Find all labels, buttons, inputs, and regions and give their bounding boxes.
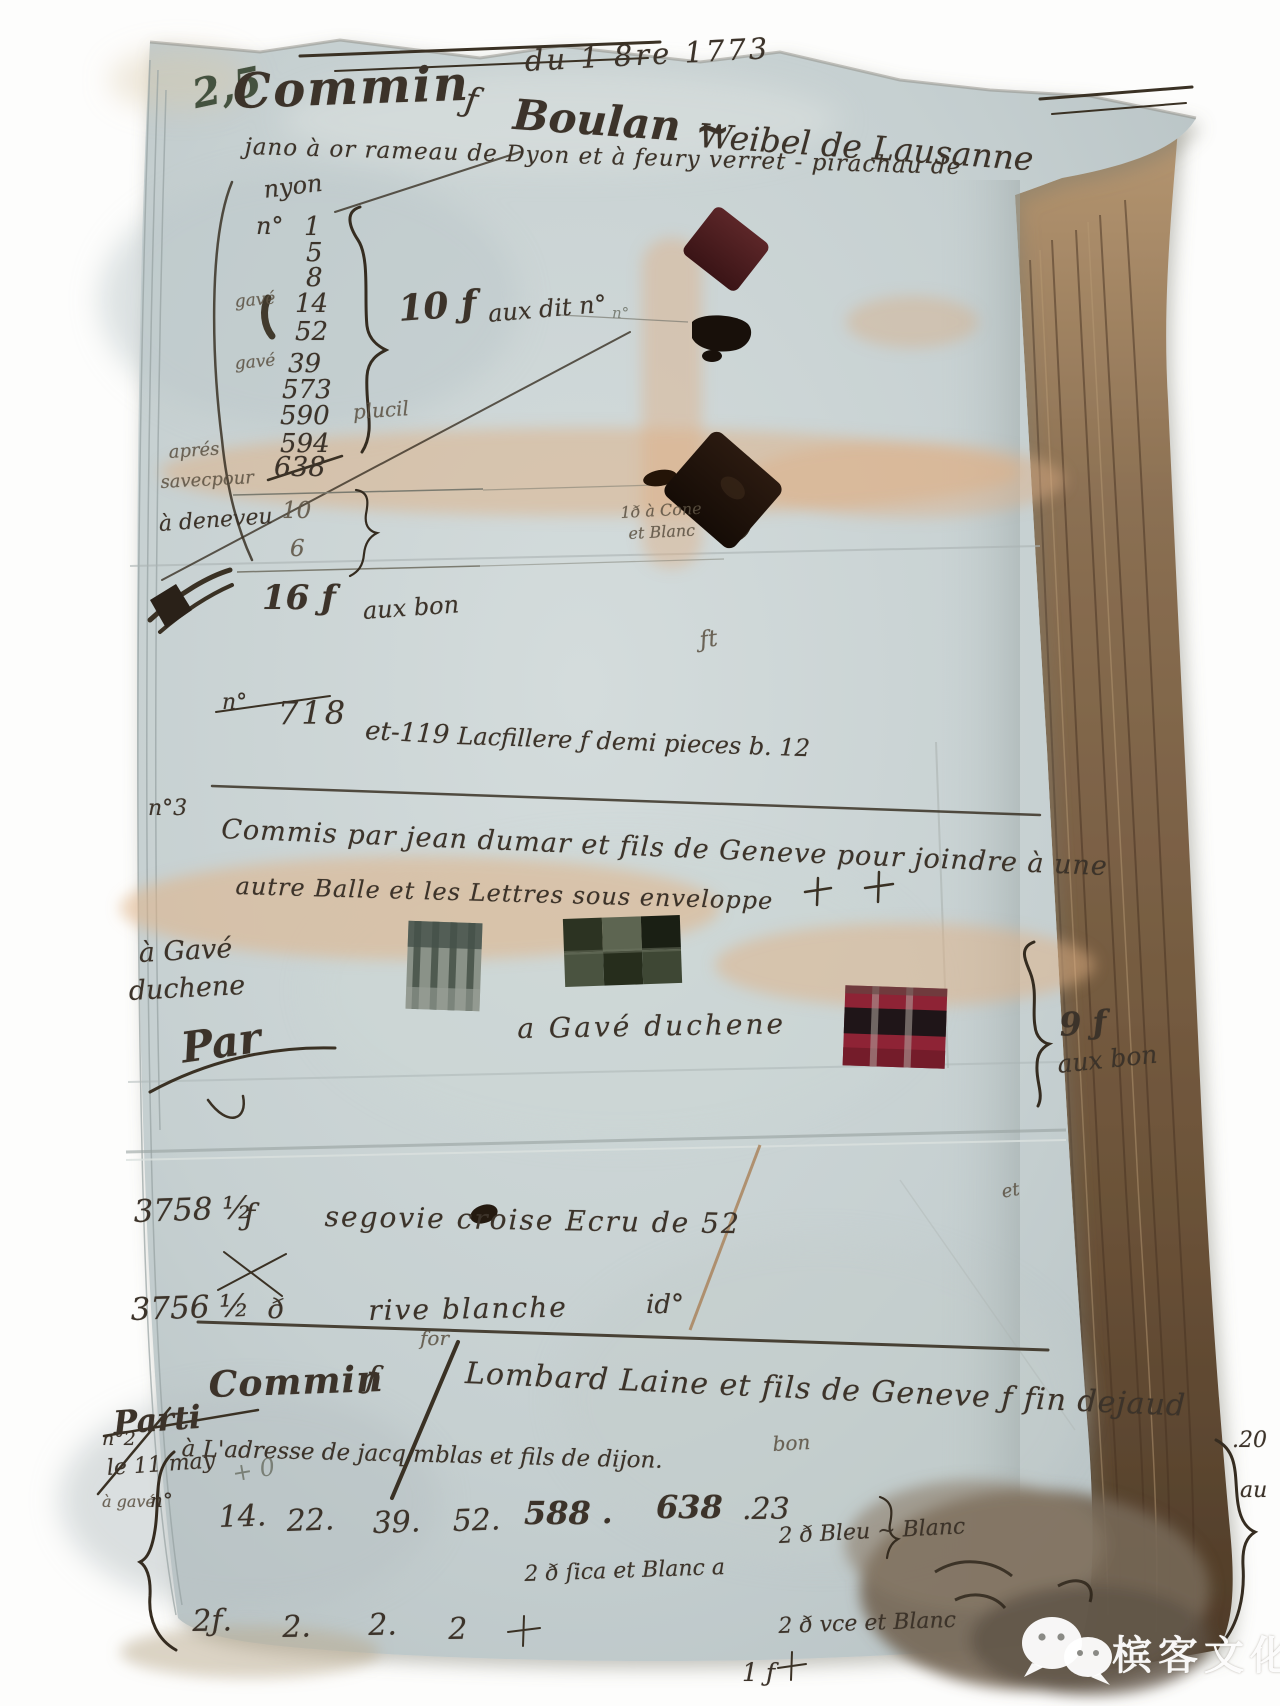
ref-number-718: 718 — [278, 694, 348, 732]
row2-desc: rive blanche — [368, 1291, 568, 1327]
lot-number: 52. — [452, 1502, 501, 1539]
entry4-no-label: n° — [150, 1488, 173, 1512]
colour-note-1: 2 ð ſica et Blanc a — [524, 1555, 725, 1587]
lot-number: 588 — [524, 1494, 591, 1532]
row1-tail: et — [1000, 1179, 1021, 1203]
gave-note: gavé — [234, 288, 276, 311]
colour-note-2: 2 ð Bleu ~ Blanc — [778, 1514, 966, 1549]
entry-title: Commin — [232, 56, 471, 120]
lot-number: .23 — [742, 1492, 790, 1527]
gave-margin: à gavé — [102, 1492, 155, 1511]
lot-number: 14. — [218, 1498, 267, 1535]
entry4-title: Commin — [208, 1358, 384, 1406]
bale-number: 590 — [280, 401, 330, 431]
ledger-photo: 2,5 Commin ƒ du 1 8re 1773 Boulan ~ Weib… — [0, 0, 1280, 1706]
apres-note: aprés — [168, 438, 220, 462]
entry2-line1: Commis par jean dumar et fils de Geneve … — [221, 814, 1109, 882]
row2-unit: ð — [268, 1294, 284, 1325]
qty-number: 2ƒ. — [192, 1603, 232, 1639]
no-label: n° — [256, 212, 283, 240]
boxed-number: 6 — [290, 536, 305, 562]
swatch-caption: 1ð à Cone — [620, 499, 702, 522]
qty-number: 2. — [368, 1608, 397, 1643]
pencil-plus-zero: + 0 — [230, 1453, 277, 1488]
one-f-mark: 1 ƒ — [742, 1658, 775, 1687]
swatch-caption: et Blanc — [628, 521, 696, 543]
brace-value-top: .20 — [1232, 1428, 1267, 1453]
bale-number: 52 — [295, 317, 328, 347]
entry2-line2: autre Balle et les Lettres sous envelopp… — [235, 872, 773, 915]
signature-paraph: Par — [178, 1013, 264, 1073]
entry2-amount-note: aux bon — [1056, 1040, 1159, 1079]
lot-separator-dot: . — [602, 1496, 612, 1531]
amount-10f: 10 ƒ — [397, 283, 478, 330]
entry2-center-note: a Gavé duchene — [517, 1007, 786, 1045]
row1-desc: segovie croise Ecru de 52 — [324, 1200, 741, 1240]
row2-number: 3756 ½ — [130, 1288, 250, 1328]
entry2-amount: 9 ƒ — [1058, 1003, 1108, 1044]
ref-text: Lacfillere ƒ demi pieces b. 12 — [457, 722, 810, 762]
lot-number: 39. — [372, 1504, 421, 1541]
entry2-no: n°3 — [148, 796, 187, 821]
row1-number: 3758 ½ — [133, 1190, 253, 1230]
ref-number-119: et-119 — [364, 716, 450, 750]
amount-note: aux dit n° — [487, 290, 608, 328]
word-plucil: plucil — [352, 396, 410, 424]
date-line: du 1 8re 1773 — [524, 31, 771, 78]
date-11may: le 11 may — [106, 1448, 216, 1481]
pencil-no: n° — [612, 304, 629, 322]
qty-number: 2. — [282, 1610, 311, 1645]
row1-unit: ƒ — [244, 1198, 255, 1233]
gave-note: gavé — [234, 350, 276, 373]
colour-note-3: 2 ð vce et Blanc — [778, 1608, 956, 1639]
lot-number: 22. — [286, 1502, 335, 1539]
qty-number: 2 — [448, 1612, 468, 1647]
savecpour-note: savecpour — [160, 467, 254, 493]
place-nyon: nyon — [262, 169, 324, 204]
ref-no: n° — [222, 690, 247, 715]
manuscript-text-layer: 2,5 Commin ƒ du 1 8re 1773 Boulan ~ Weib… — [0, 0, 1280, 1706]
entry2-margin2: duchene — [128, 970, 246, 1007]
bale-number-struck: 638 — [274, 452, 326, 483]
watermark-brand: 槟客文化 — [1112, 1624, 1280, 1681]
amount-16f: 16 ƒ — [262, 578, 336, 618]
amount2-note: aux bon — [362, 590, 460, 625]
entry2-margin1: à Gavé — [138, 933, 233, 969]
bale-number: 14 — [295, 289, 328, 319]
ft-mark: ƒt — [698, 626, 719, 654]
row2-tail: id° — [646, 1290, 684, 1320]
bon-mark: bon — [772, 1430, 811, 1456]
entry4-sup-mark: for — [420, 1326, 449, 1350]
brace-value-bottom: au — [1240, 1478, 1267, 1503]
deneveu-note: à deneveu — [158, 504, 273, 537]
lot-number: 638 — [656, 1488, 723, 1526]
boxed-number: 10 — [282, 498, 311, 524]
entry4-heading: Lombard Laine et fils de Geneve ƒ fin de… — [464, 1356, 1186, 1424]
